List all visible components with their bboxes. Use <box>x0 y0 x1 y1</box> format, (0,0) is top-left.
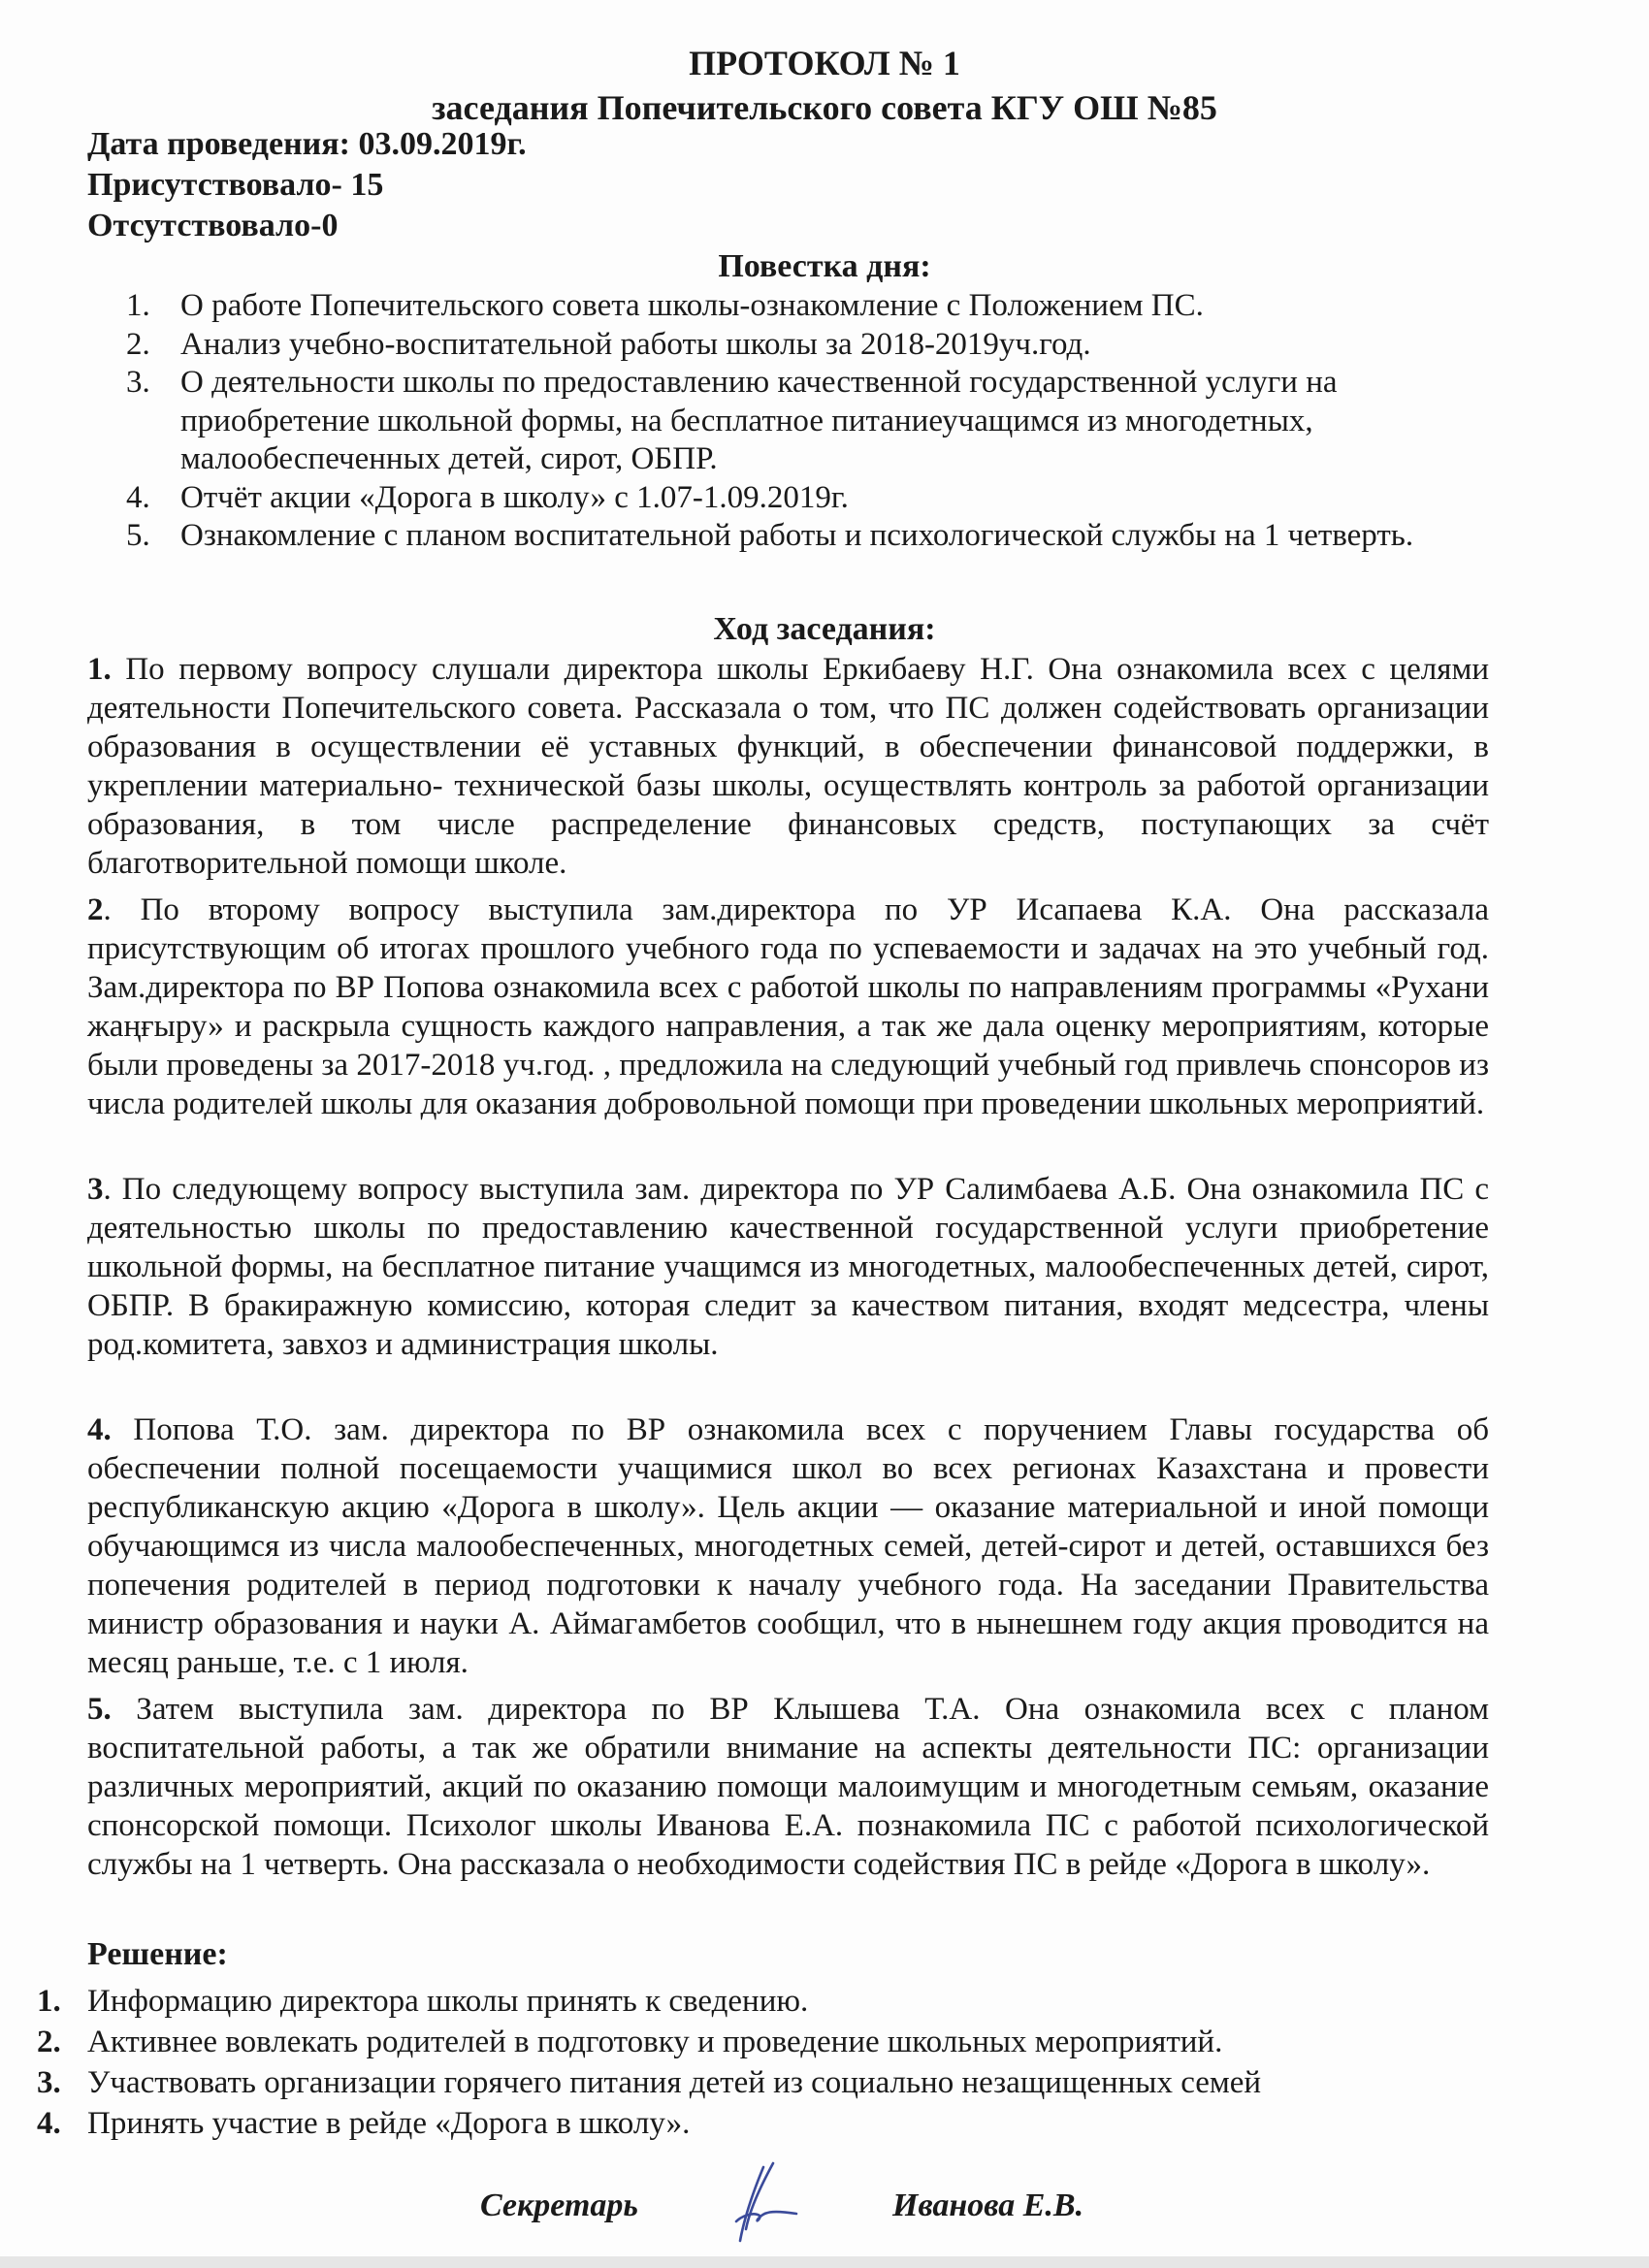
attendance-present: Присутствовало- 15 <box>87 167 383 204</box>
decision-item: 3.Участвовать организации горячего питан… <box>37 2062 1261 2103</box>
decision-heading: Решение: <box>87 1936 228 1973</box>
agenda-item-text: Анализ учебно-воспитательной работы школ… <box>180 326 1091 365</box>
decision-item: 1.Информацию директора школы принять к с… <box>37 1981 1261 2022</box>
decision-item: 4.Принять участие в рейде «Дорога в школ… <box>37 2103 1261 2144</box>
proceedings-item-1: 1. По первому вопросу слушали директора … <box>87 650 1489 883</box>
agenda-item-number: 3. <box>126 364 180 479</box>
agenda-item: 4.Отчёт акции «Дорога в школу» с 1.07-1.… <box>126 479 1503 518</box>
proceedings-item-number: 2 <box>87 892 104 927</box>
agenda-item: 1.О работе Попечительского совета школы-… <box>126 287 1503 326</box>
agenda-item-number: 2. <box>126 326 180 365</box>
agenda-item-number: 5. <box>126 517 180 556</box>
decision-item-text: Активнее вовлекать родителей в подготовк… <box>87 2022 1222 2062</box>
proceedings-item-4: 4. Попова Т.О. зам. директора по ВР озна… <box>87 1410 1489 1682</box>
protocol-page: ПРОТОКОЛ № 1 заседания Попечительского с… <box>0 0 1649 2268</box>
proceedings-item-text: Затем выступила зам. директора по ВР Клы… <box>87 1692 1489 1882</box>
document-title: ПРОТОКОЛ № 1 <box>0 43 1649 83</box>
agenda-item-text: Ознакомление с планом воспитательной раб… <box>180 517 1413 556</box>
scan-edge <box>0 2256 1649 2268</box>
proceedings-item-5: 5. Затем выступила зам. директора по ВР … <box>87 1690 1489 1884</box>
proceedings-item-text: По первому вопросу слушали директора шко… <box>87 652 1489 881</box>
decision-item-number: 1. <box>37 1981 87 2022</box>
proceedings-item-number: 5. <box>87 1692 112 1727</box>
agenda-item: 2.Анализ учебно-воспитательной работы шк… <box>126 326 1503 365</box>
proceedings-heading: Ход заседания: <box>0 611 1649 648</box>
agenda-heading: Повестка дня: <box>0 248 1649 285</box>
decision-item-number: 3. <box>37 2062 87 2103</box>
proceedings-item-3: 3. По следующему вопросу выступила зам. … <box>87 1170 1489 1364</box>
meeting-date: Дата проведения: 03.09.2019г. <box>87 126 527 163</box>
decision-item-text: Участвовать организации горячего питания… <box>87 2062 1261 2103</box>
agenda-item-text: Отчёт акции «Дорога в школу» с 1.07-1.09… <box>180 479 849 518</box>
agenda-item: 3.О деятельности школы по предоставлению… <box>126 364 1503 479</box>
proceedings-item-text: . По следующему вопросу выступила зам. д… <box>87 1172 1489 1362</box>
decision-item-text: Принять участие в рейде «Дорога в школу»… <box>87 2103 690 2144</box>
proceedings-item-number: 3 <box>87 1172 104 1207</box>
decision-item: 2.Активнее вовлекать родителей в подгото… <box>37 2022 1261 2062</box>
handwritten-signature-icon <box>703 2161 820 2249</box>
attendance-absent: Отсутствовало-0 <box>87 208 338 244</box>
proceedings-item-number: 4. <box>87 1412 112 1447</box>
signature-role: Секретарь <box>480 2187 638 2224</box>
agenda-item-text: О работе Попечительского совета школы-оз… <box>180 287 1204 326</box>
proceedings-item-text: . По второму вопросу выступила зам.дирек… <box>87 892 1489 1121</box>
document-subtitle: заседания Попечительского совета КГУ ОШ … <box>0 87 1649 128</box>
agenda-item: 5.Ознакомление с планом воспитательной р… <box>126 517 1503 556</box>
decision-item-number: 2. <box>37 2022 87 2062</box>
proceedings-item-text: Попова Т.О. зам. директора по ВР ознаком… <box>87 1412 1489 1680</box>
proceedings-item-number: 1. <box>87 652 112 687</box>
agenda-item-number: 1. <box>126 287 180 326</box>
agenda-item-text: О деятельности школы по предоставлению к… <box>180 364 1503 479</box>
decision-list: 1.Информацию директора школы принять к с… <box>37 1981 1261 2144</box>
decision-item-text: Информацию директора школы принять к све… <box>87 1981 808 2022</box>
signature-name: Иванова Е.В. <box>892 2187 1083 2224</box>
agenda-item-number: 4. <box>126 479 180 518</box>
decision-item-number: 4. <box>37 2103 87 2144</box>
agenda-list: 1.О работе Попечительского совета школы-… <box>126 287 1503 556</box>
proceedings-item-2: 2. По второму вопросу выступила зам.дире… <box>87 891 1489 1123</box>
